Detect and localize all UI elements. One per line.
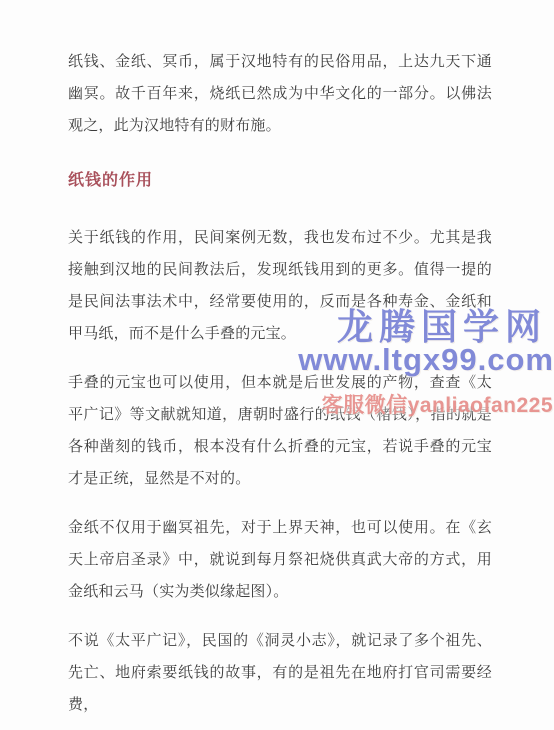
document-page: 纸钱、金纸、冥币，属于汉地特有的民俗用品，上达九天下通幽冥。故千百年来，烧纸已然… <box>0 0 554 730</box>
paragraph: 关于纸钱的作用，民间案例无数，我也发布过不少。尤其是我接触到汉地的民间教法后，发… <box>68 222 492 350</box>
paragraph-intro: 纸钱、金纸、冥币，属于汉地特有的民俗用品，上达九天下通幽冥。故千百年来，烧纸已然… <box>68 46 492 142</box>
paragraph: 不说《太平广记》，民国的《洞灵小志》，就记录了多个祖先、先亡、地府索要纸钱的故事… <box>68 625 492 721</box>
paragraph: 手叠的元宝也可以使用，但本就是后世发展的产物，查查《太平广记》等文献就知道，唐朝… <box>68 367 492 495</box>
paragraph: 金纸不仅用于幽冥祖先，对于上界天神，也可以使用。在《玄天上帝启圣录》中，就说到每… <box>68 512 492 608</box>
article-body: 纸钱、金纸、冥币，属于汉地特有的民俗用品，上达九天下通幽冥。故千百年来，烧纸已然… <box>68 46 492 730</box>
section-heading: 纸钱的作用 <box>68 168 492 194</box>
